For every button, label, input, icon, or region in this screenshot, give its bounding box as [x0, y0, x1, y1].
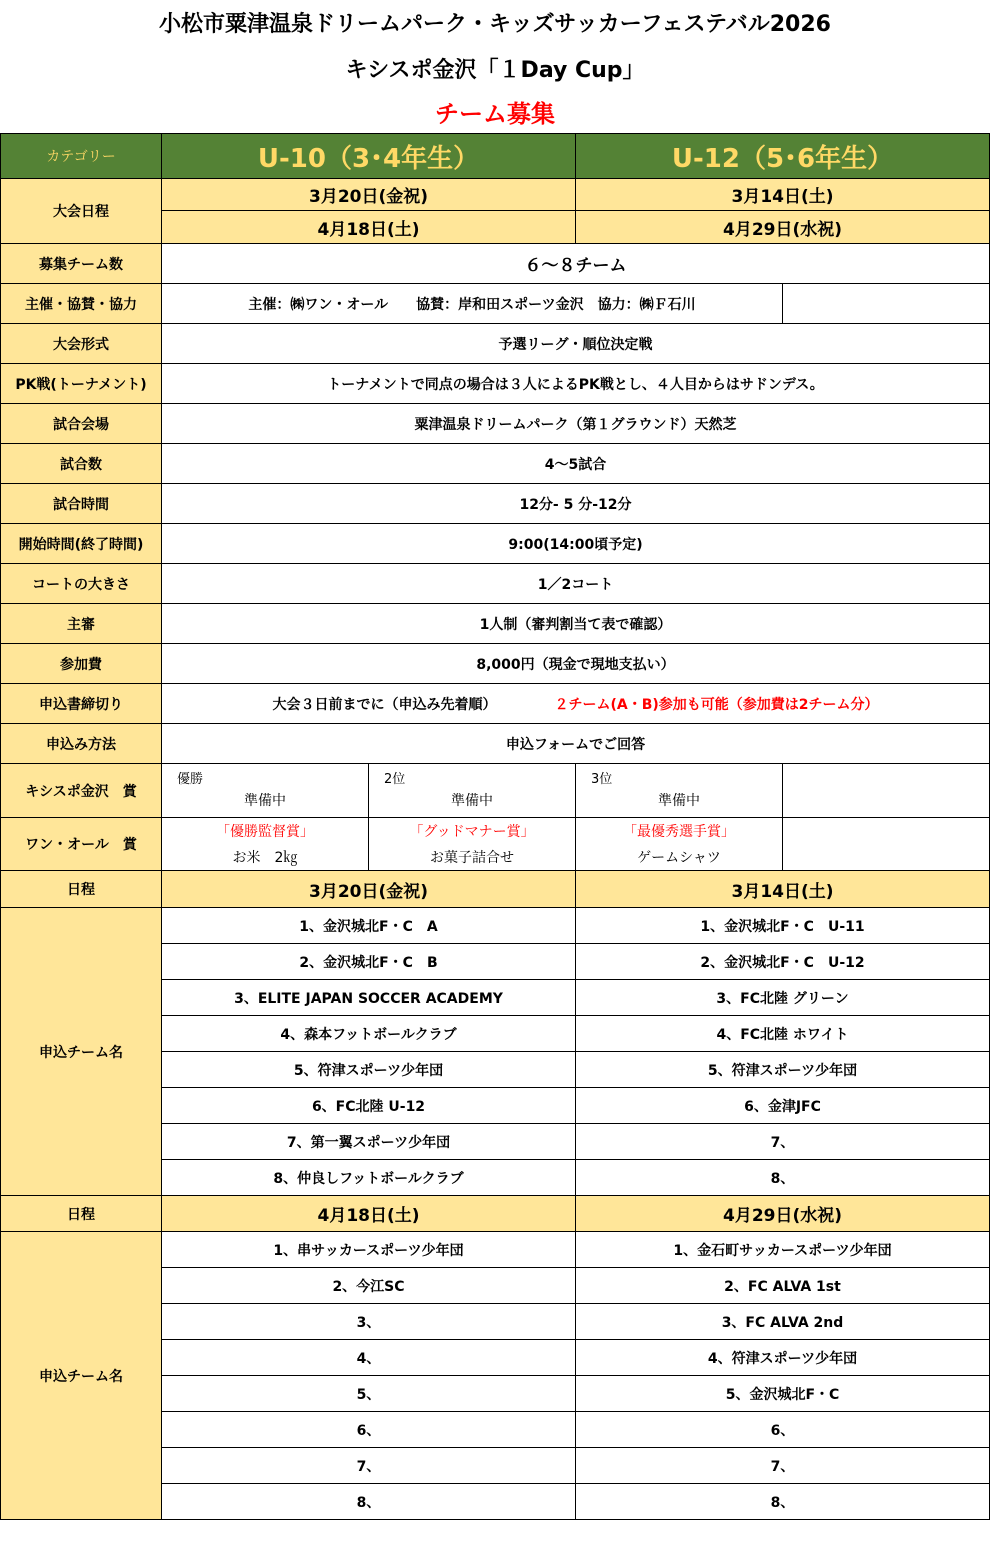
award-cell: 「最優秀選手賞」 ゲームシャツ [576, 818, 783, 871]
empty-cell [783, 818, 990, 871]
award-item: ゲームシャツ [576, 847, 782, 867]
u10-date-1: 3月20日(金祝) [162, 179, 576, 211]
prize-cell: 優勝 準備中 [162, 764, 369, 818]
info-value: ６～８チーム [162, 244, 990, 284]
category-header-row: カテゴリー U-10（3･4年生） U-12（5･6年生） [1, 134, 990, 179]
award-name: 「最優秀選手賞」 [576, 821, 782, 841]
info-value-cell: 大会３日前までに（申込み先着順）２チーム(A・B)参加も可能（参加費は2チーム分… [162, 684, 990, 724]
team-u12: 2、金沢城北F・C U-12 [576, 944, 990, 980]
u12-date-2: 4月29日(水祝) [576, 211, 990, 244]
prize-cell: 2位 準備中 [369, 764, 576, 818]
team-u12: 6、金津JFC [576, 1088, 990, 1124]
team-u12: 7、 [576, 1448, 990, 1484]
info-label: 開始時間(終了時間) [1, 524, 162, 564]
entry-schedule-label: 日程 [1, 871, 162, 908]
info-value: 粟津温泉ドリームパーク（第１グラウンド）天然芝 [162, 404, 990, 444]
u10-date-2: 4月18日(土) [162, 211, 576, 244]
page-title: 小松市粟津温泉ドリームパーク・キッズサッカーフェステバル2026 [0, 7, 990, 38]
info-row-team-count: 募集チーム数 ６～８チーム [1, 244, 990, 284]
info-row-deadline: 申込書締切り 大会３日前までに（申込み先着順）２チーム(A・B)参加も可能（参加… [1, 684, 990, 724]
info-label: 申込書締切り [1, 684, 162, 724]
info-row-venue: 試合会場 粟津温泉ドリームパーク（第１グラウンド）天然芝 [1, 404, 990, 444]
prize-value: 準備中 [576, 790, 782, 810]
recruit-heading: チーム募集 [0, 94, 990, 129]
team-u10: 6、 [162, 1412, 576, 1448]
info-value: 9:00(14:00頃予定) [162, 524, 990, 564]
team-u10: 5、 [162, 1376, 576, 1412]
entry-u10-date: 3月20日(金祝) [162, 871, 576, 908]
prize-row-wanall: ワン・オール 賞 「優勝監督賞」 お米 2㎏ 「グッドマナー賞」 お菓子詰合せ … [1, 818, 990, 871]
info-label: 主審 [1, 604, 162, 644]
prize-value: 準備中 [369, 790, 575, 810]
deadline-note: ２チーム(A・B)参加も可能（参加費は2チーム分） [554, 697, 878, 713]
team-u12: 3、FC ALVA 2nd [576, 1304, 990, 1340]
award-name: 「グッドマナー賞」 [369, 821, 575, 841]
info-value: 予選リーグ・順位決定戦 [162, 324, 990, 364]
tournament-table: カテゴリー U-10（3･4年生） U-12（5･6年生） 大会日程 3月20日… [0, 133, 990, 1520]
info-value: 8,000円（現金で現地支払い） [162, 644, 990, 684]
info-row-match-count: 試合数 4～5試合 [1, 444, 990, 484]
entry-schedule-row: 日程 4月18日(土) 4月29日(水祝) [1, 1196, 990, 1232]
entry-schedule-row: 日程 3月20日(金祝) 3月14日(土) [1, 871, 990, 908]
deadline-text: 大会３日前までに（申込み先着順） [272, 697, 496, 713]
team-row: 申込チーム名 1、串サッカースポーツ少年団 1、金石町サッカースポーツ少年団 [1, 1232, 990, 1268]
entry-schedule-label: 日程 [1, 1196, 162, 1232]
team-u12: 6、 [576, 1412, 990, 1448]
info-value: 申込フォームでご回答 [162, 724, 990, 764]
team-row: 申込チーム名 1、金沢城北F・C A 1、金沢城北F・C U-11 [1, 908, 990, 944]
team-u10: 6、FC北陸 U-12 [162, 1088, 576, 1124]
info-row-fee: 参加費 8,000円（現金で現地支払い） [1, 644, 990, 684]
info-label: 大会形式 [1, 324, 162, 364]
award-cell: 「グッドマナー賞」 お菓子詰合せ [369, 818, 576, 871]
team-u10: 4、 [162, 1340, 576, 1376]
teams-label: 申込チーム名 [1, 908, 162, 1196]
info-row-apply-method: 申込み方法 申込フォームでご回答 [1, 724, 990, 764]
category-u10: U-10（3･4年生） [162, 134, 576, 179]
team-u12: 3、FC北陸 グリーン [576, 980, 990, 1016]
info-value: トーナメントで同点の場合は３人によるPK戦とし、４人目からはサドンデス。 [162, 364, 990, 404]
team-u12: 8、 [576, 1484, 990, 1520]
entry-u12-date: 4月29日(水祝) [576, 1196, 990, 1232]
team-u10: 1、金沢城北F・C A [162, 908, 576, 944]
info-value: 主催：㈱ワン・オール 協賛：岸和田スポーツ金沢 協力：㈱Ｆ石川 [162, 284, 783, 324]
info-label: 参加費 [1, 644, 162, 684]
schedule-row-1: 大会日程 3月20日(金祝) 3月14日(土) [1, 179, 990, 211]
info-row-organizers: 主催・協賛・協力 主催：㈱ワン・オール 協賛：岸和田スポーツ金沢 協力：㈱Ｆ石川 [1, 284, 990, 324]
info-value: 12分- 5 分-12分 [162, 484, 990, 524]
u12-date-1: 3月14日(土) [576, 179, 990, 211]
info-row-format: 大会形式 予選リーグ・順位決定戦 [1, 324, 990, 364]
team-u12: 4、符津スポーツ少年団 [576, 1340, 990, 1376]
team-u10: 2、今江SC [162, 1268, 576, 1304]
team-u12: 4、FC北陸 ホワイト [576, 1016, 990, 1052]
prize-rank: 2位 [384, 768, 405, 787]
info-label: 試合時間 [1, 484, 162, 524]
info-label: 試合会場 [1, 404, 162, 444]
prize-label: キシスポ金沢 賞 [1, 764, 162, 818]
team-u12: 7、 [576, 1124, 990, 1160]
category-label: カテゴリー [1, 134, 162, 179]
award-item: お米 2㎏ [162, 847, 368, 867]
team-u12: 1、金石町サッカースポーツ少年団 [576, 1232, 990, 1268]
team-u12: 8、 [576, 1160, 990, 1196]
prize-value: 準備中 [162, 790, 368, 810]
prize-row-kishispo: キシスポ金沢 賞 優勝 準備中 2位 準備中 3位 準備中 [1, 764, 990, 818]
team-u12: 1、金沢城北F・C U-11 [576, 908, 990, 944]
info-row-pk: PK戦(トーナメント) トーナメントで同点の場合は３人によるPK戦とし、４人目か… [1, 364, 990, 404]
team-u12: 5、金沢城北F・C [576, 1376, 990, 1412]
prize-label: ワン・オール 賞 [1, 818, 162, 871]
team-u10: 7、 [162, 1448, 576, 1484]
info-label: コートの大きさ [1, 564, 162, 604]
event-subtitle: キシスポ金沢「１Day Cup」 [0, 53, 990, 84]
award-cell: 「優勝監督賞」 お米 2㎏ [162, 818, 369, 871]
info-value: 4～5試合 [162, 444, 990, 484]
info-value: 1／2コート [162, 564, 990, 604]
entry-u12-date: 3月14日(土) [576, 871, 990, 908]
empty-cell [783, 284, 990, 324]
team-u10: 1、串サッカースポーツ少年団 [162, 1232, 576, 1268]
prize-rank: 優勝 [177, 768, 203, 787]
info-value: 1人制（審判割当て表で確認） [162, 604, 990, 644]
info-row-referee: 主審 1人制（審判割当て表で確認） [1, 604, 990, 644]
team-u10: 8、 [162, 1484, 576, 1520]
empty-cell [783, 764, 990, 818]
team-u10: 2、金沢城北F・C B [162, 944, 576, 980]
award-name: 「優勝監督賞」 [162, 821, 368, 841]
team-u10: 3、ELITE JAPAN SOCCER ACADEMY [162, 980, 576, 1016]
team-u12: 5、符津スポーツ少年団 [576, 1052, 990, 1088]
info-label: PK戦(トーナメント) [1, 364, 162, 404]
schedule-label: 大会日程 [1, 179, 162, 244]
team-u12: 2、FC ALVA 1st [576, 1268, 990, 1304]
team-u10: 5、符津スポーツ少年団 [162, 1052, 576, 1088]
entry-u10-date: 4月18日(土) [162, 1196, 576, 1232]
info-label: 主催・協賛・協力 [1, 284, 162, 324]
info-label: 申込み方法 [1, 724, 162, 764]
info-row-court-size: コートの大きさ 1／2コート [1, 564, 990, 604]
teams-label: 申込チーム名 [1, 1232, 162, 1520]
prize-cell: 3位 準備中 [576, 764, 783, 818]
info-label: 試合数 [1, 444, 162, 484]
award-item: お菓子詰合せ [369, 847, 575, 867]
prize-rank: 3位 [591, 768, 612, 787]
info-row-start-time: 開始時間(終了時間) 9:00(14:00頃予定) [1, 524, 990, 564]
team-u10: 3、 [162, 1304, 576, 1340]
team-u10: 7、第一翼スポーツ少年団 [162, 1124, 576, 1160]
info-row-match-time: 試合時間 12分- 5 分-12分 [1, 484, 990, 524]
team-u10: 8、仲良しフットボールクラブ [162, 1160, 576, 1196]
info-label: 募集チーム数 [1, 244, 162, 284]
team-u10: 4、森本フットボールクラブ [162, 1016, 576, 1052]
category-u12: U-12（5･6年生） [576, 134, 990, 179]
